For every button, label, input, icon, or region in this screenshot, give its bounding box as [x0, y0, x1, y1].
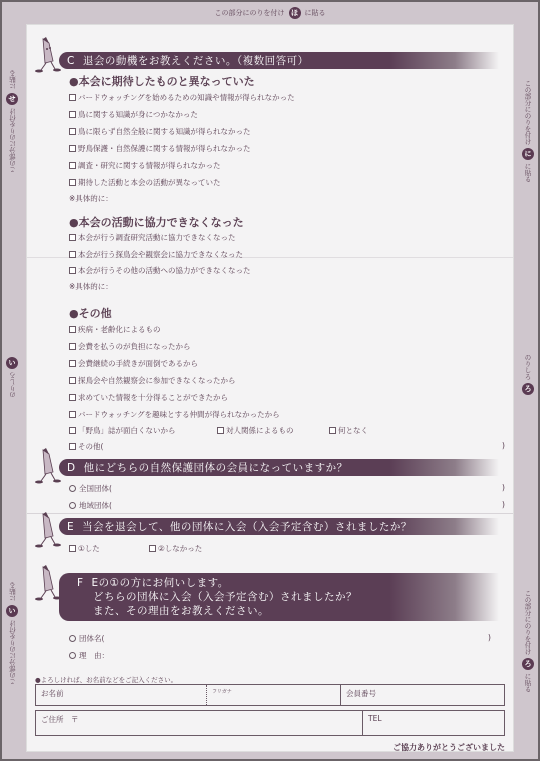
field-close: ) [488, 633, 491, 642]
checkbox[interactable] [69, 94, 76, 101]
glue-text: に貼る [8, 70, 17, 90]
checkbox[interactable] [69, 162, 76, 169]
specify-note: ※具体的に： [69, 193, 113, 204]
checkbox-item[interactable]: バードウォッチングを始めるための知識や情報が得られなかった [69, 92, 295, 103]
radio-label: 全国団体( [79, 483, 112, 494]
furigana-field[interactable]: フリガナ [206, 685, 340, 705]
checkbox-label: その他( [78, 441, 103, 452]
checkbox-label: 疾病・老齢化によるもの [78, 324, 161, 335]
checkbox-item[interactable]: 調査・研究に関する情報が得られなかった [69, 160, 221, 171]
question-text: また、その理由をお教えください。 [77, 604, 269, 618]
checkbox-item[interactable]: 疾病・老齢化によるもの [69, 324, 161, 335]
glue-text: のりしろ [524, 354, 533, 380]
question-title: 退会の動機をお教えください。（複数回答可） [83, 53, 309, 68]
field-label: お名前 [41, 689, 64, 698]
field-label: 会員番号 [346, 689, 376, 698]
checkbox[interactable] [69, 267, 76, 274]
group-heading: ●本会に期待したものと異なっていた [69, 73, 255, 89]
checkbox-item[interactable]: 会費継続の手続きが面倒であるから [69, 358, 198, 369]
checkbox-label: 本会が行うその他の活動への協力ができなくなった [78, 265, 251, 276]
checkbox-label: 鳥に関する知識が身につかなかった [78, 109, 198, 120]
checkbox-label: 対人関係によるもの [226, 425, 294, 436]
checkbox[interactable] [69, 427, 76, 434]
checkbox-label: 会費を払うのが負担になったから [78, 341, 191, 352]
checkbox-label: 探鳥会や自然観察会に参加できなくなったから [78, 375, 236, 386]
checkbox[interactable] [69, 377, 76, 384]
glue-badge: ろ [522, 383, 534, 395]
checkbox-item[interactable]: 本会が行うその他の活動への協力ができなくなった [69, 265, 251, 276]
glue-text: この部分にのりを付け [8, 108, 17, 173]
checkbox-label: バードウォッチングを始めるための知識や情報が得られなかった [78, 92, 295, 103]
glue-badge: せ [6, 93, 18, 105]
thank-you-message: ご協力ありがとうございました [393, 742, 505, 753]
other-field-close: ) [502, 441, 505, 450]
checkbox[interactable] [69, 443, 76, 450]
glue-instruction: この部分にのりを付け [215, 8, 285, 18]
question-d-banner: D 他にどちらの自然保護団体の会員になっていますか？ [59, 459, 499, 476]
checkbox[interactable] [69, 360, 76, 367]
checkbox-label: バードウォッチングを趣味とする仲間が得られなかったから [78, 409, 280, 420]
member-number-field[interactable]: 会員番号 [340, 685, 504, 705]
address-row: ご住所 〒 TEL [35, 710, 505, 736]
checkbox[interactable] [69, 111, 76, 118]
field-label: ご住所 〒 [41, 715, 79, 724]
glue-tab-right-upper: この部分にのりを付け に に貼る [518, 80, 538, 183]
glue-tab-left-upper: に貼る せ この部分にのりを付け [2, 70, 22, 173]
contact-note: ●よろしければ、お名前などをご記入ください。 [35, 675, 177, 684]
checkbox[interactable] [69, 251, 76, 258]
radio[interactable] [69, 652, 76, 659]
glue-tab-left-lower: に貼る い この部分にのりを付け [2, 582, 22, 685]
glue-text: この部分にのりを付け [8, 620, 17, 685]
glue-tab-top: この部分にのりを付け ほ に貼る [2, 2, 538, 24]
specify-note: ※具体的に： [69, 281, 113, 292]
checkbox[interactable] [69, 234, 76, 241]
glue-tab-right-middle: のりしろ ろ [518, 354, 538, 395]
address-field[interactable]: ご住所 〒 [36, 711, 362, 735]
question-letter: C [67, 55, 75, 67]
glue-badge: い [6, 357, 18, 369]
checkbox-label: 本会が行う探鳥会や観察会に協力できなくなった [78, 249, 243, 260]
checkbox[interactable] [69, 145, 76, 152]
checkbox-item[interactable]: 鳥に関する知識が身につかなかった [69, 109, 198, 120]
checkbox[interactable] [69, 394, 76, 401]
checkbox-label: 調査・研究に関する情報が得られなかった [78, 160, 221, 171]
question-title: 他にどちらの自然保護団体の会員になっていますか？ [84, 460, 348, 475]
checkbox[interactable] [69, 326, 76, 333]
name-row: お名前 フリガナ 会員番号 [35, 684, 505, 706]
checkbox-item[interactable]: 探鳥会や自然観察会に参加できなくなったから [69, 375, 236, 386]
glue-text: この部分にのりを付け [524, 80, 533, 145]
radio-item[interactable]: 地域団体( [69, 500, 112, 511]
glue-tab-right-lower: この部分にのりを付け ろ に貼る [518, 590, 538, 693]
checkbox-item[interactable]: 対人関係によるもの [217, 425, 294, 436]
radio-item[interactable]: 全国団体( [69, 483, 112, 494]
checkbox-item[interactable]: 本会が行う調査研究活動に協力できなくなった [69, 232, 236, 243]
glue-badge: い [6, 605, 18, 617]
checkbox[interactable] [69, 179, 76, 186]
question-title: 当会を退会して、他の団体に入会（入会予定含む）されましたか？ [82, 519, 412, 534]
radio-label: 理 由： [79, 650, 109, 661]
question-c-banner: C 退会の動機をお教えください。（複数回答可） [59, 52, 499, 69]
checkbox[interactable] [217, 427, 224, 434]
checkbox-item[interactable]: バードウォッチングを趣味とする仲間が得られなかったから [69, 409, 280, 420]
checkbox-item-other[interactable]: その他( [69, 441, 103, 452]
group-heading: ●その他 [69, 305, 112, 321]
questionnaire-page: C 退会の動機をお教えください。（複数回答可） ●本会に期待したものと異なってい… [26, 24, 514, 752]
question-text: どちらの団体に入会（入会予定含む）されましたか？ [77, 590, 357, 604]
glue-badge: ろ [522, 658, 534, 670]
name-field[interactable]: お名前 [36, 685, 206, 705]
checkbox-item[interactable]: ①した [69, 543, 100, 554]
question-text: Eの①の方にお伺いします。 [92, 577, 229, 589]
question-e-banner: E 当会を退会して、他の団体に入会（入会予定含む）されましたか？ [59, 518, 499, 535]
checkbox-item[interactable]: 野鳥保護・自然保護に関する情報が得られなかった [69, 143, 251, 154]
radio[interactable] [69, 502, 76, 509]
checkbox-item[interactable]: 何となく [329, 425, 368, 436]
checkbox-label: ①した [78, 543, 100, 554]
checkbox-label: 何となく [338, 425, 368, 436]
radio-item-organization[interactable]: 団体名( [69, 633, 104, 644]
checkbox-label: 野鳥保護・自然保護に関する情報が得られなかった [78, 143, 251, 154]
checkbox-label: ②しなかった [158, 543, 202, 554]
checkbox[interactable] [149, 545, 156, 552]
field-label: フリガナ [212, 689, 232, 695]
checkbox-item[interactable]: 本会が行う探鳥会や観察会に協力できなくなった [69, 249, 243, 260]
glue-text: に貼る [524, 163, 533, 183]
question-letter: D [67, 462, 76, 474]
glue-instruction-suffix: に貼る [305, 8, 326, 18]
radio-item-reason[interactable]: 理 由： [69, 650, 109, 661]
pencil-mascot-icon [33, 37, 61, 73]
checkbox-label: 「野鳥」誌が面白くないから [78, 425, 176, 436]
question-f-banner: FEの①の方にお伺いします。 どちらの団体に入会（入会予定含む）されましたか？ … [59, 573, 499, 621]
field-close: ) [502, 500, 505, 509]
pencil-mascot-icon [33, 565, 61, 601]
checkbox-item[interactable]: 会費を払うのが負担になったから [69, 341, 191, 352]
checkbox-label: 会費継続の手続きが面倒であるから [78, 358, 198, 369]
checkbox-item[interactable]: 「野鳥」誌が面白くないから [69, 425, 176, 436]
checkbox-label: 鳥に限らず自然全般に関する知識が得られなかった [78, 126, 251, 137]
glue-text: に貼る [8, 582, 17, 602]
checkbox[interactable] [329, 427, 336, 434]
question-letter: F [77, 577, 84, 589]
checkbox[interactable] [69, 343, 76, 350]
checkbox-item[interactable]: 期待した活動と本会の活動が異なっていた [69, 177, 221, 188]
glue-badge: ほ [289, 7, 301, 19]
checkbox[interactable] [69, 545, 76, 552]
question-letter: E [67, 521, 74, 533]
glue-text: に貼る [524, 673, 533, 693]
fold-line [27, 513, 513, 514]
question-line: FEの①の方にお伺いします。 [77, 576, 229, 590]
checkbox-label: 本会が行う調査研究活動に協力できなくなった [78, 232, 236, 243]
glue-tab-left-middle: い のりしろ [2, 357, 22, 398]
checkbox-item[interactable]: 求めていた情報を十分得ることができたから [69, 392, 228, 403]
radio[interactable] [69, 485, 76, 492]
checkbox[interactable] [69, 411, 76, 418]
group-heading: ●本会の活動に協力できなくなった [69, 214, 244, 230]
checkbox-item[interactable]: ②しなかった [149, 543, 202, 554]
checkbox-label: 求めていた情報を十分得ることができたから [78, 392, 228, 403]
glue-badge: に [522, 148, 534, 160]
checkbox[interactable] [69, 128, 76, 135]
form-sheet: この部分にのりを付け ほ に貼る に貼る せ この部分にのりを付け この部分にの… [2, 2, 538, 759]
checkbox-label: 期待した活動と本会の活動が異なっていた [78, 177, 221, 188]
checkbox-item[interactable]: 鳥に限らず自然全般に関する知識が得られなかった [69, 126, 251, 137]
radio-label: 団体名( [79, 633, 104, 644]
radio-label: 地域団体( [79, 500, 112, 511]
field-label: TEL [368, 714, 382, 723]
tel-field[interactable]: TEL [362, 711, 504, 735]
pencil-mascot-icon [33, 448, 61, 484]
glue-text: のりしろ [8, 372, 17, 398]
field-close: ) [502, 483, 505, 492]
pencil-mascot-icon [33, 512, 61, 548]
radio[interactable] [69, 635, 76, 642]
glue-text: この部分にのりを付け [524, 590, 533, 655]
